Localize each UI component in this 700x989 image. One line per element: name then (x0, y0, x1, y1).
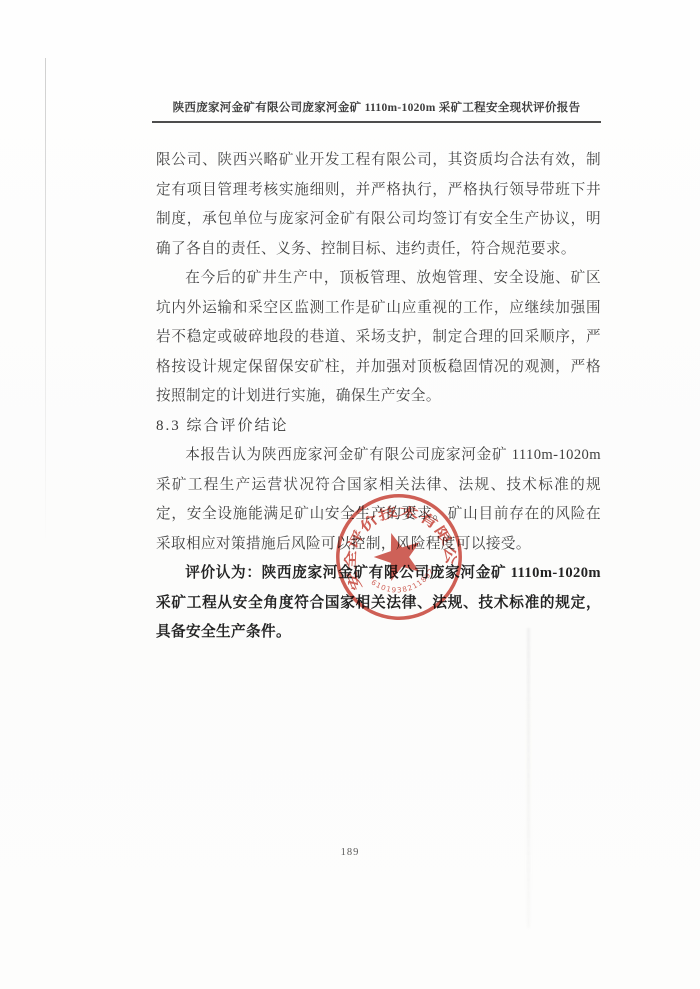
paragraph-continuation: 限公司、陕西兴略矿业开发工程有限公司，其资质均合法有效，制定有项目管理考核实施细… (156, 146, 601, 264)
paragraph-report-conclusion: 本报告认为陕西庞家河金矿有限公司庞家河金矿 1110m-1020m 采矿工程生产… (156, 441, 601, 559)
section-heading-8-3: 8.3 综合评价结论 (156, 412, 601, 442)
paragraph-evaluation-verdict: 评价认为：陕西庞家河金矿有限公司庞家河金矿 1110m-1020m 采矿工程从安… (156, 559, 601, 648)
paragraph-future-production: 在今后的矿井生产中，顶板管理、放炮管理、安全设施、矿区坑内外运输和采空区监测工作… (156, 264, 601, 412)
page-header-title: 陕西庞家河金矿有限公司庞家河金矿 1110m-1020m 采矿工程安全现状评价报… (152, 99, 601, 123)
document-page: 陕西庞家河金矿有限公司庞家河金矿 1110m-1020m 采矿工程安全现状评价报… (0, 0, 700, 989)
scan-artifact-left-line (45, 58, 46, 545)
scan-artifact-right-streak (527, 628, 530, 928)
page-number: 189 (0, 847, 700, 858)
document-body: 限公司、陕西兴略矿业开发工程有限公司，其资质均合法有效，制定有项目管理考核实施细… (156, 146, 601, 648)
